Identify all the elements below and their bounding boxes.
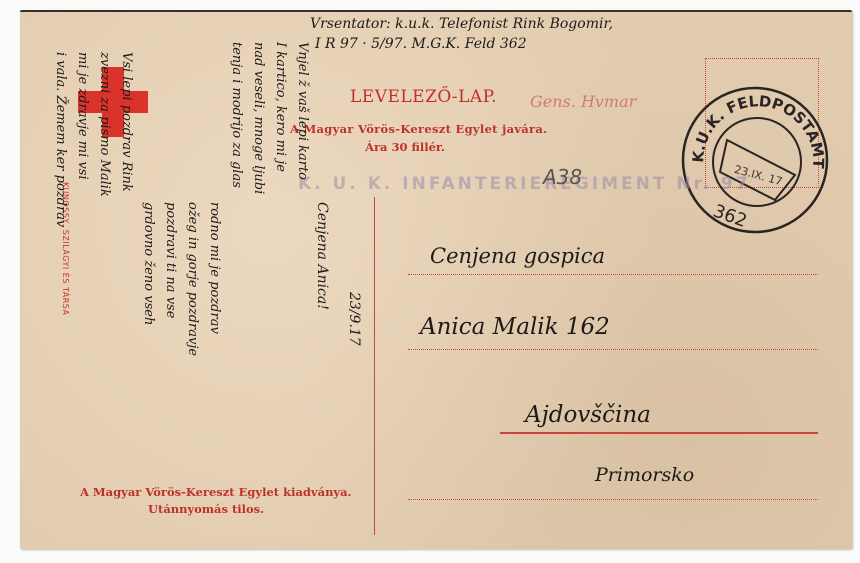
address-rule-1	[408, 274, 818, 275]
message-column: nad veseli, mnoge ljubi	[251, 42, 266, 194]
publisher-line-2: Utánnyomás tilos.	[148, 502, 264, 516]
message-column: rodno mi je pozdrav	[207, 202, 222, 334]
sender-line-1: Vrsentator: k.u.k. Telefonist Rink Bogom…	[310, 16, 613, 32]
message-column: zvezni za pismo Malik	[97, 52, 112, 197]
message-column: Vsi lepi pozdrav Rink	[119, 52, 134, 192]
message-date: 23/9.17	[346, 292, 362, 346]
message-column: grdovno ženo vseh	[141, 202, 156, 325]
censor-note: Gens. Hvmar	[530, 92, 636, 111]
address-rule-4	[408, 499, 818, 500]
regiment-stamp: K. U. K. INFANTERIEREGIMENT Nr. 97	[298, 174, 751, 194]
price-text: Ára 30 fillér.	[290, 140, 520, 154]
address-line-2: Anica Malik 162	[420, 314, 610, 340]
pencil-note: A38	[543, 165, 582, 189]
card-subtitle: A Magyar Vörös-Kereszt Egylet javára.	[290, 122, 547, 136]
message-column: tenja i modrijo za glas	[229, 42, 244, 188]
message-column: Vnjel ž vaš lepi karto	[295, 42, 310, 180]
header-block: Ára 30 fillér.	[290, 12, 520, 162]
message-column: mi je zdravje mi vsi	[75, 52, 90, 180]
address-rule-3	[500, 432, 818, 434]
address-line-3: Ajdovščina	[525, 402, 651, 428]
sender-line-2: I R 97 · 5/97. M.G.K. Feld 362	[315, 36, 527, 52]
address-line-4: Primorsko	[595, 464, 694, 486]
message-column: ožeg in gorje pozdravje	[185, 202, 200, 356]
divider-line	[374, 197, 375, 535]
message-column: i vala. Žemem ker pozdrav	[53, 52, 68, 227]
address-line-1: Cenjena gospica	[430, 244, 605, 268]
address-rule-2	[408, 349, 818, 350]
message-greeting: Cenjena Anica!	[314, 202, 330, 310]
publisher-line-1: A Magyar Vörös-Kereszt Egylet kiadványa.	[80, 485, 352, 499]
message-column: pozdravi ti na vse	[163, 202, 178, 318]
postmark-icon: K.U.K. FELDPOSTAMT 23.IX. 17 362	[675, 80, 835, 240]
svg-text:362: 362	[710, 201, 749, 232]
message-column: I kartico, kero mi je	[273, 42, 288, 172]
postcard: LEVELEZŐ-LAP. Ára 30 fillér. A Magyar Vö…	[20, 10, 852, 549]
